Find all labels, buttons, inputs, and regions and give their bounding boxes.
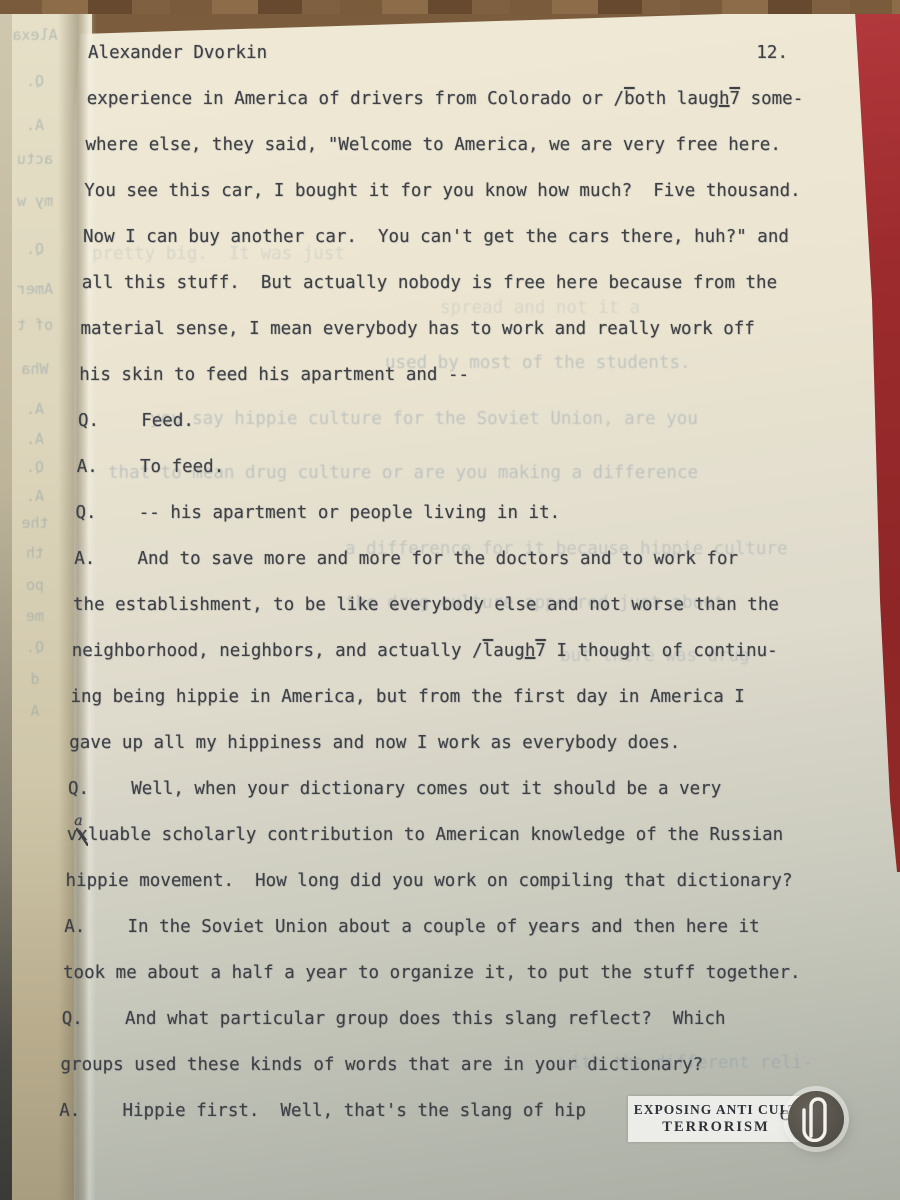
watermark-label: EXPOSING ANTI CULT TERRORISM — [628, 1096, 804, 1142]
transcript-line: Q. -- his apartment or people living in … — [76, 490, 849, 536]
struck-typo: xa — [77, 812, 88, 858]
transcript-line: material sense, I mean everybody has to … — [81, 306, 849, 352]
transcript-line: vxaluable scholarly contribution to Amer… — [67, 812, 848, 858]
transcript-line: ing being hippie in America, but from th… — [71, 674, 849, 720]
transcript-line: experience in America of drivers from Co… — [87, 76, 848, 122]
transcript-line: A. And to save more and more for the doc… — [74, 536, 848, 582]
transcript-line: hippie movement. How long did you work o… — [66, 858, 849, 904]
transcript-line: his skin to feed his apartment and -- — [79, 352, 848, 398]
transcript-line: A. In the Soviet Union about a couple of… — [64, 904, 848, 950]
paperclip-icon — [799, 1096, 833, 1142]
page-number: 12. — [756, 30, 788, 76]
transcript-line: gave up all my hippiness and now I work … — [69, 720, 848, 766]
watermark-badge — [788, 1091, 844, 1147]
transcript-line: neighborhood, neighbors, and actually /l… — [72, 628, 848, 674]
transcript-line: where else, they said, "Welcome to Ameri… — [86, 122, 849, 168]
transcript-line: A. To feed. — [77, 444, 848, 490]
watermark-line2: TERRORISM — [662, 1119, 769, 1136]
handwritten-correction: a — [74, 814, 82, 828]
page-header: Alexander Dvorkin 12. — [88, 30, 788, 76]
photographed-document-page: { "header": { "title": "Alexander Dvorki… — [0, 0, 900, 1200]
page-title: Alexander Dvorkin — [88, 30, 267, 76]
transcript-line: You see this car, I bought it for you kn… — [84, 168, 848, 214]
transcript: Alexander Dvorkin 12. experience in Amer… — [88, 30, 848, 1134]
wood-table-edge — [0, 0, 900, 14]
transcript-line: Q. And what particular group does this s… — [62, 996, 848, 1042]
transcript-line: all this stuff. But actually nobody is f… — [82, 260, 848, 306]
transcript-line: groups used these kinds of words that ar… — [61, 1042, 849, 1088]
transcript-lines: experience in America of drivers from Co… — [88, 76, 848, 1134]
transcript-line: Q. Well, when your dictionary comes out … — [68, 766, 848, 812]
transcript-line: Q. Feed. — [78, 398, 848, 444]
watermark-line1: EXPOSING ANTI CULT — [634, 1102, 799, 1118]
transcript-line: Now I can buy another car. You can't get… — [83, 214, 848, 260]
transcript-line: took me about a half a year to organize … — [63, 950, 848, 996]
transcript-line: the establishment, to be like everybody … — [73, 582, 848, 628]
